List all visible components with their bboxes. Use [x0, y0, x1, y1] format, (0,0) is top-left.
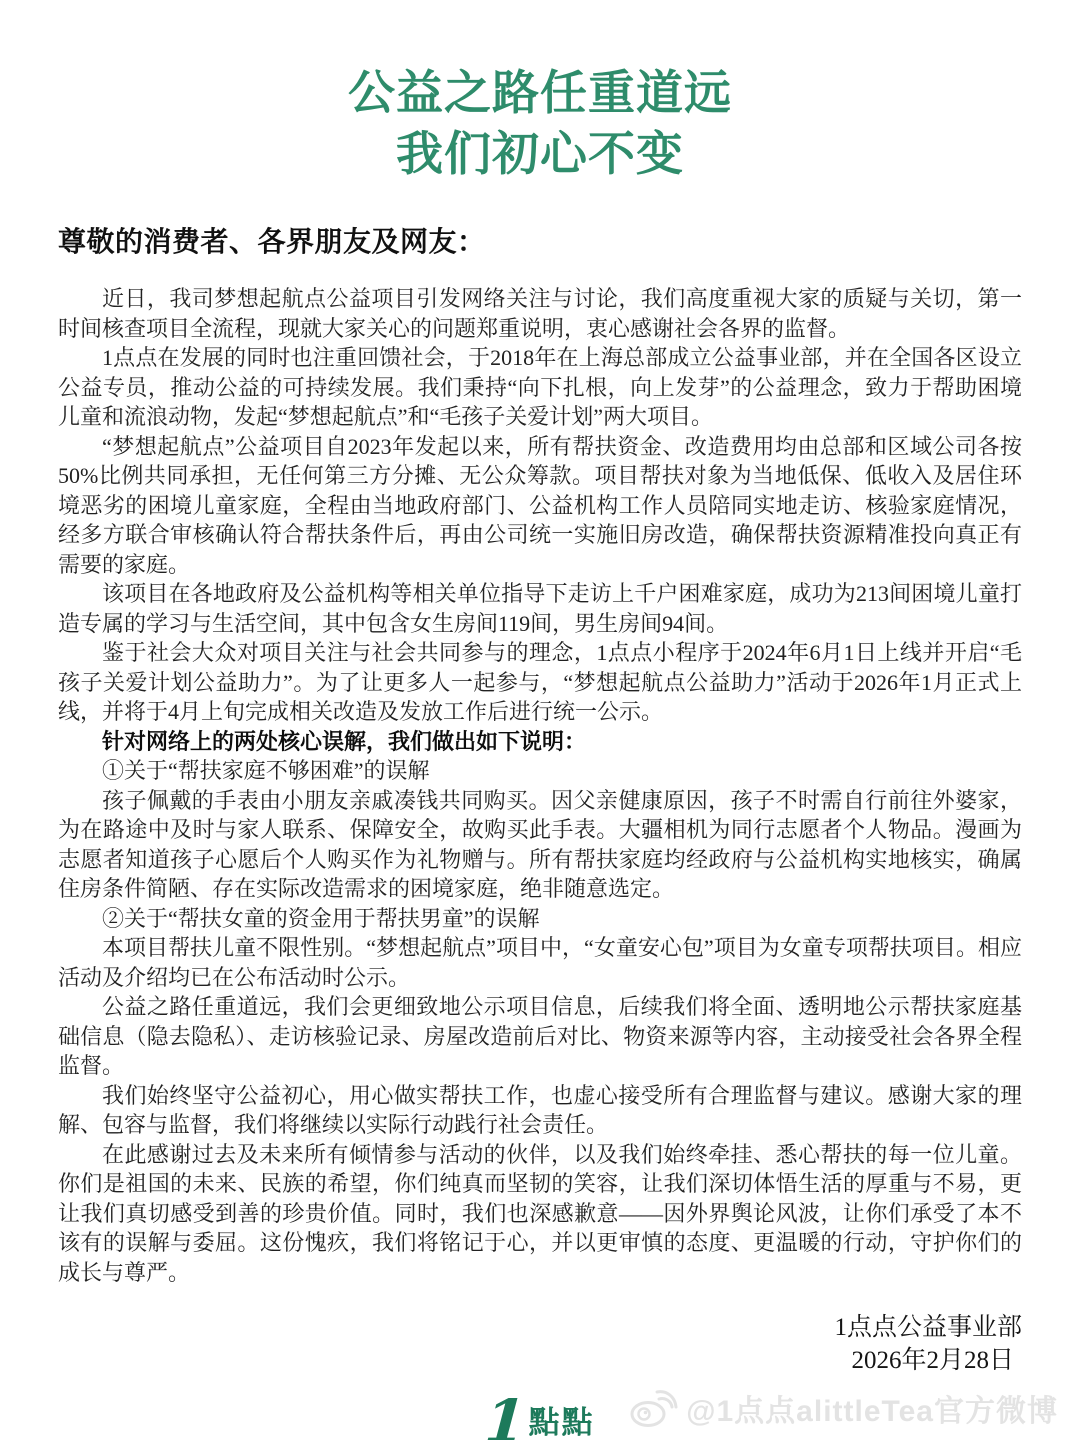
- page-title: 公益之路任重道远 我们初心不变: [58, 0, 1022, 184]
- logo-characters: 點點: [529, 1397, 595, 1440]
- paragraph: “梦想起航点”公益项目自2023年发起以来，所有帮扶资金、改造费用均由总部和区域…: [58, 432, 1022, 580]
- paragraph: ①关于“帮扶家庭不够困难”的误解: [58, 756, 1022, 786]
- watermark-text: @1点点alittleTea官方微博: [686, 1386, 1058, 1430]
- paragraph: 针对网络上的两处核心误解，我们做出如下说明：: [58, 727, 1022, 757]
- paragraph: 近日，我司梦想起航点公益项目引发网络关注与讨论，我们高度重视大家的质疑与关切，第…: [58, 284, 1022, 343]
- title-line-2: 我们初心不变: [58, 123, 1022, 184]
- paragraph: 在此感谢过去及未来所有倾情参与活动的伙伴，以及我们始终牵挂、悉心帮扶的每一位儿童…: [58, 1140, 1022, 1288]
- paragraph: 1点点在发展的同时也注重回馈社会，于2018年在上海总部成立公益事业部，并在全国…: [58, 343, 1022, 432]
- paragraph: 该项目在各地政府及公益机构等相关单位指导下走访上千户困难家庭，成功为213间困境…: [58, 579, 1022, 638]
- paragraph: 我们始终坚守公益初心，用心做实帮扶工作，也虚心接受所有合理监督与建议。感谢大家的…: [58, 1081, 1022, 1140]
- signature-org: 1点点公益事业部: [58, 1311, 1022, 1344]
- paragraph: ②关于“帮扶女童的资金用于帮扶男童”的误解: [58, 904, 1022, 934]
- logo-numeral: 1: [483, 1395, 527, 1440]
- signature-block: 1点点公益事业部 2026年2月28日: [58, 1311, 1022, 1377]
- body-paragraphs: 近日，我司梦想起航点公益项目引发网络关注与讨论，我们高度重视大家的质疑与关切，第…: [58, 284, 1022, 1287]
- title-line-1: 公益之路任重道远: [58, 62, 1022, 123]
- salutation: 尊敬的消费者、各界朋友及网友：: [58, 220, 1022, 260]
- paragraph: 本项目帮扶儿童不限性别。“梦想起航点”项目中，“女童安心包”项目为女童专项帮扶项…: [58, 933, 1022, 992]
- weibo-watermark: @1点点alittleTea官方微博: [628, 1386, 1058, 1430]
- paragraph: 鉴于社会大众对项目关注与社会共同参与的理念，1点点小程序于2024年6月1日上线…: [58, 638, 1022, 727]
- statement-page: 公益之路任重道远 我们初心不变 尊敬的消费者、各界朋友及网友： 近日，我司梦想起…: [0, 0, 1080, 1440]
- signature-date: 2026年2月28日: [58, 1344, 1022, 1377]
- paragraph: 孩子佩戴的手表由小朋友亲戚凑钱共同购买。因父亲健康原因，孩子不时需自行前往外婆家…: [58, 786, 1022, 904]
- paragraph: 公益之路任重道远，我们会更细致地公示项目信息，后续我们将全面、透明地公示帮扶家庭…: [58, 992, 1022, 1081]
- weibo-icon: [628, 1387, 678, 1429]
